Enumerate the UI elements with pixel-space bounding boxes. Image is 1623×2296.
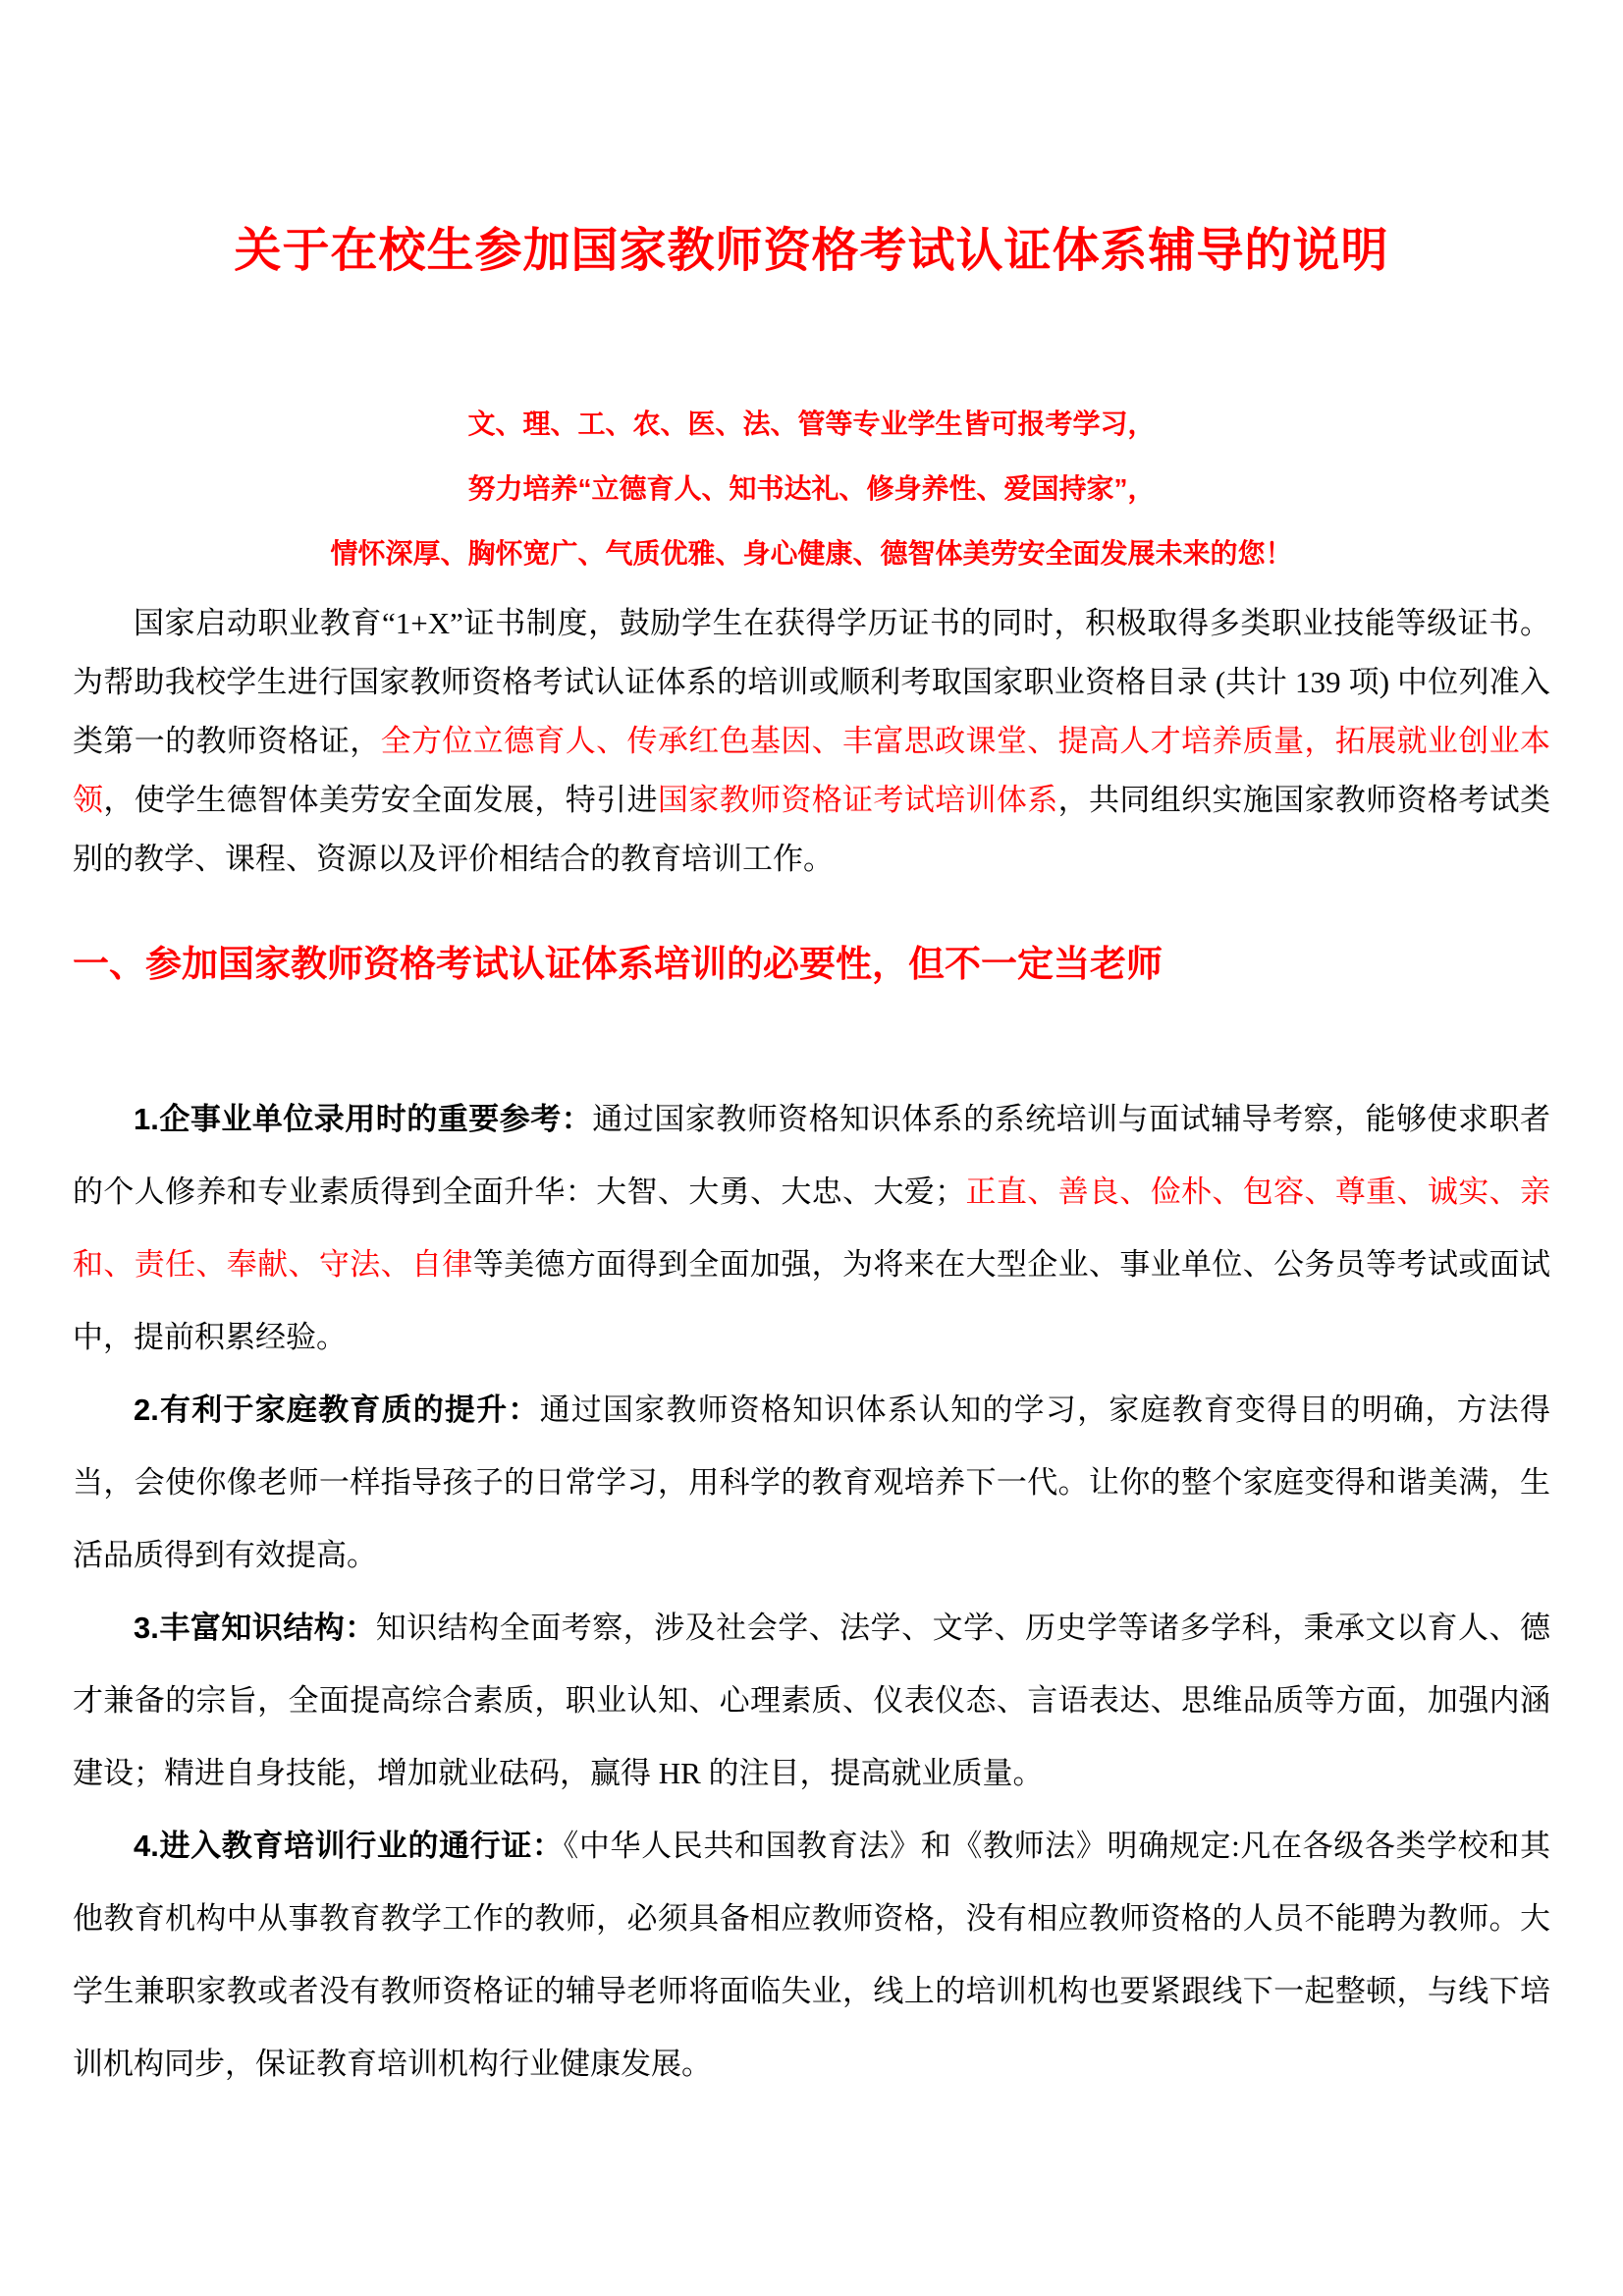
point-3-paragraph: 3.丰富知识结构：知识结构全面考察，涉及社会学、法学、文学、历史学等诸多学科，秉… xyxy=(73,1592,1550,1810)
slogan-line-3: 情怀深厚、胸怀宽广、气质优雅、身心健康、德智体美劳安全面发展未来的您！ xyxy=(73,521,1550,586)
slogan-line-2: 努力培养“立德育人、知书达礼、修身养性、爱国持家”， xyxy=(73,457,1550,521)
document-title: 关于在校生参加国家教师资格考试认证体系辅导的说明 xyxy=(73,224,1550,279)
section-one-heading: 一、参加国家教师资格考试认证体系培训的必要性，但不一定当老师 xyxy=(73,943,1550,985)
intro-text-segment: ，使学生德智体美劳安全面发展，特引进 xyxy=(103,783,658,817)
slogan-line-1: 文、理、工、农、医、法、管等专业学生皆可报考学习， xyxy=(73,392,1550,457)
point-4-paragraph: 4.进入教育培训行业的通行证：《中华人民共和国教育法》和《教师法》明确规定:凡在… xyxy=(73,1810,1550,2101)
slogan-block: 文、理、工、农、医、法、管等专业学生皆可报考学习， 努力培养“立德育人、知书达礼… xyxy=(73,392,1550,586)
point-1-lead: 1.企事业单位录用时的重要参考： xyxy=(134,1102,592,1136)
points-block: 1.企事业单位录用时的重要参考：通过国家教师资格知识体系的系统培训与面试辅导考察… xyxy=(73,1083,1550,2101)
point-4-lead: 4.进入教育培训行业的通行证： xyxy=(134,1829,564,1863)
point-2-paragraph: 2.有利于家庭教育质的提升：通过国家教师资格知识体系认知的学习，家庭教育变得目的… xyxy=(73,1374,1550,1592)
point-3-lead: 3.丰富知识结构： xyxy=(134,1611,376,1645)
point-1-paragraph: 1.企事业单位录用时的重要参考：通过国家教师资格知识体系的系统培训与面试辅导考察… xyxy=(73,1083,1550,1374)
point-2-lead: 2.有利于家庭教育质的提升： xyxy=(134,1393,540,1427)
intro-paragraph: 国家启动职业教育“1+X”证书制度，鼓励学生在获得学历证书的同时，积极取得多类职… xyxy=(73,594,1550,889)
point-4-text-segment: 《中华人民共和国教育法》和《教师法》明确规定:凡在各级各类学校和其他教育机构中从… xyxy=(73,1829,1550,2081)
intro-highlight-segment: 国家教师资格证考试培训体系 xyxy=(658,783,1058,817)
document-page: 关于在校生参加国家教师资格考试认证体系辅导的说明 文、理、工、农、医、法、管等专… xyxy=(0,0,1623,2296)
